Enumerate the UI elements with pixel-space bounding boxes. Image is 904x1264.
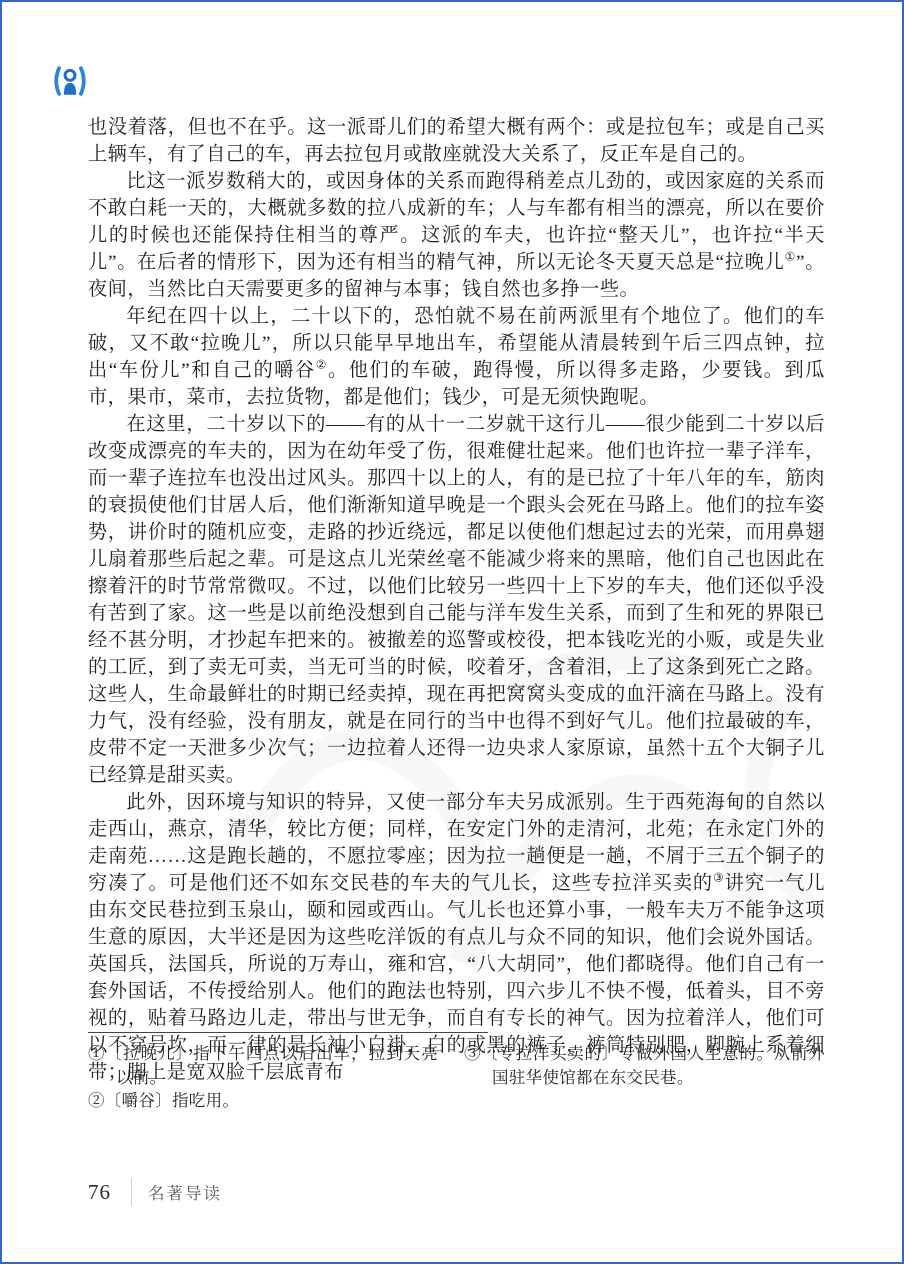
footnote-ref: ③ [713,871,725,885]
page-footer: 76 名著导读 [88,1178,222,1206]
footnote-divider [88,1032,488,1033]
paragraph: 在这里，二十岁以下的——有的从十一二岁就干这行儿——很少能到二十岁以后改变成漂亮… [88,411,825,789]
text-segment: 比这一派岁数稍大的，或因身体的关系而跑得稍差点儿劲的，或因家庭的关系而不敢白耗一… [88,171,825,273]
body-text: 也没着落，但也不在乎。这一派哥儿们的希望大概有两个：或是拉包车；或是自己买上辆车… [88,114,825,1086]
footnote-ref: ① [785,250,796,264]
paragraph: 年纪在四十以上，二十以下的，恐怕就不易在前两派里有个地位了。他们的车破，又不敢“… [88,303,825,411]
footnote-column-right: ③〔专拉洋买卖的〕专做外国人生意的。从前外国驻华使馆都在东交民巷。 [464,1042,825,1113]
book-page: 也没着落，但也不在乎。这一派哥儿们的希望大概有两个：或是拉包车；或是自己买上辆车… [0,0,904,1264]
footnote: ①〔拉晚儿〕指下午四点以后出车，拉到天亮以前。 [88,1042,438,1089]
page-number: 76 [88,1180,111,1205]
footnote-column-left: ①〔拉晚儿〕指下午四点以后出车，拉到天亮以前。②〔嚼谷〕指吃用。 [88,1042,438,1113]
footnote: ③〔专拉洋买卖的〕专做外国人生意的。从前外国驻华使馆都在东交民巷。 [464,1042,825,1089]
footer-divider [131,1178,132,1206]
footnote: ②〔嚼谷〕指吃用。 [88,1089,438,1113]
text-segment: 在这里，二十岁以下的——有的从十一二岁就干这行儿——很少能到二十岁以后改变成漂亮… [88,414,825,786]
text-segment: 也没着落，但也不在乎。这一派哥儿们的希望大概有两个：或是拉包车；或是自己买上辆车… [88,117,825,165]
paragraph: 比这一派岁数稍大的，或因身体的关系而跑得稍差点儿劲的，或因家庭的关系而不敢白耗一… [88,168,825,303]
footnote-ref: ② [316,358,328,372]
section-label: 名著导读 [148,1180,222,1204]
paragraph: 也没着落，但也不在乎。这一派哥儿们的希望大概有两个：或是拉包车；或是自己买上辆车… [88,114,825,168]
footnotes: ①〔拉晚儿〕指下午四点以后出车，拉到天亮以前。②〔嚼谷〕指吃用。 ③〔专拉洋买卖… [88,1032,825,1113]
publisher-logo-icon [51,63,89,100]
